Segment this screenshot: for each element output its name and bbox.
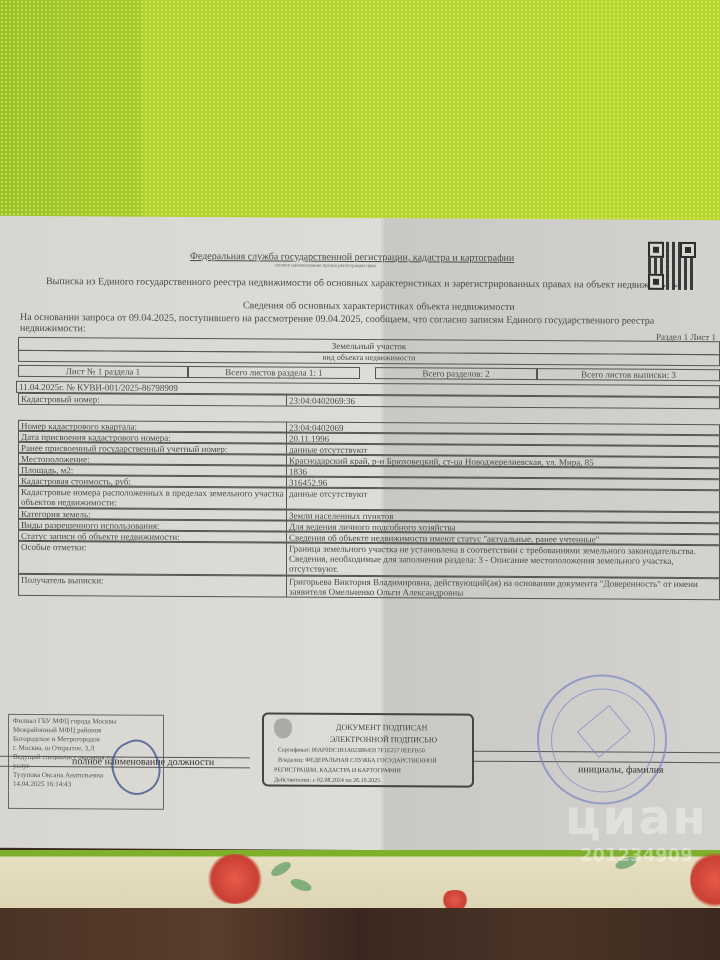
initials-label: инициалы, фамилия bbox=[578, 764, 664, 776]
request-basis: На основании запроса от 09.04.2025, пост… bbox=[20, 312, 720, 338]
field-value: Граница земельного участка не установлен… bbox=[287, 544, 719, 578]
field-value: Григорьева Виктория Владимировна, действ… bbox=[287, 577, 719, 600]
document-title: Выписка из Единого государственного реес… bbox=[46, 276, 680, 291]
field-label: Кадастровые номера расположенных в преде… bbox=[19, 487, 287, 509]
field-row: Получатель выписки:Григорьева Виктория В… bbox=[18, 574, 720, 600]
cadastral-number: 23:04:0402069:36 bbox=[287, 396, 719, 409]
field-row: Особые отметки:Граница земельного участк… bbox=[18, 541, 720, 578]
total-sheets-section: Всего листов раздела 1: 1 bbox=[188, 366, 360, 379]
field-label: Кадастровая стоимость, руб: bbox=[19, 476, 287, 487]
field-label: Статус записи об объекте недвижимости: bbox=[19, 531, 287, 542]
qr-code-icon bbox=[648, 242, 696, 290]
official-seal bbox=[537, 674, 667, 805]
sheet-number: Лист № 1 раздела 1 bbox=[18, 365, 188, 378]
field-label: Получатель выписки: bbox=[19, 575, 287, 597]
electronic-signature-stamp: ДОКУМЕНТ ПОДПИСАН ЭЛЕКТРОННОЙ ПОДПИСЬЮ С… bbox=[262, 712, 474, 787]
field-label: Местоположение: bbox=[19, 454, 287, 465]
field-label: Категория земель: bbox=[19, 509, 287, 520]
total-sheets: Всего листов выписки: 3 bbox=[537, 368, 720, 381]
field-label: Особые отметки: bbox=[19, 542, 287, 575]
field-value: данные отсутствуют bbox=[287, 489, 719, 512]
coat-of-arms-icon bbox=[274, 718, 292, 738]
total-sections: Всего разделов: 2 bbox=[375, 367, 537, 380]
document-subtitle: Сведения об основных характеристиках объ… bbox=[243, 300, 515, 313]
agency-name: Федеральная служба государственной регис… bbox=[190, 251, 514, 264]
floor-background bbox=[0, 908, 720, 960]
field-label: Номер кадастрового квартала: bbox=[19, 421, 287, 432]
watermark-id: 201234909 bbox=[580, 845, 693, 866]
field-label: Виды разрешенного использования: bbox=[19, 520, 287, 531]
field-label: Ранее присвоенный государственный учетны… bbox=[19, 443, 287, 454]
extract-document: Федеральная служба государственной регис… bbox=[0, 216, 720, 852]
field-label: Дата присвоения кадастрового номера: bbox=[19, 432, 287, 443]
watermark-brand: циан bbox=[565, 790, 708, 846]
field-label: Площадь, м2: bbox=[19, 465, 287, 476]
agency-caption: полное наименование органа регистрации п… bbox=[275, 263, 376, 269]
green-fabric-background bbox=[0, 0, 720, 222]
